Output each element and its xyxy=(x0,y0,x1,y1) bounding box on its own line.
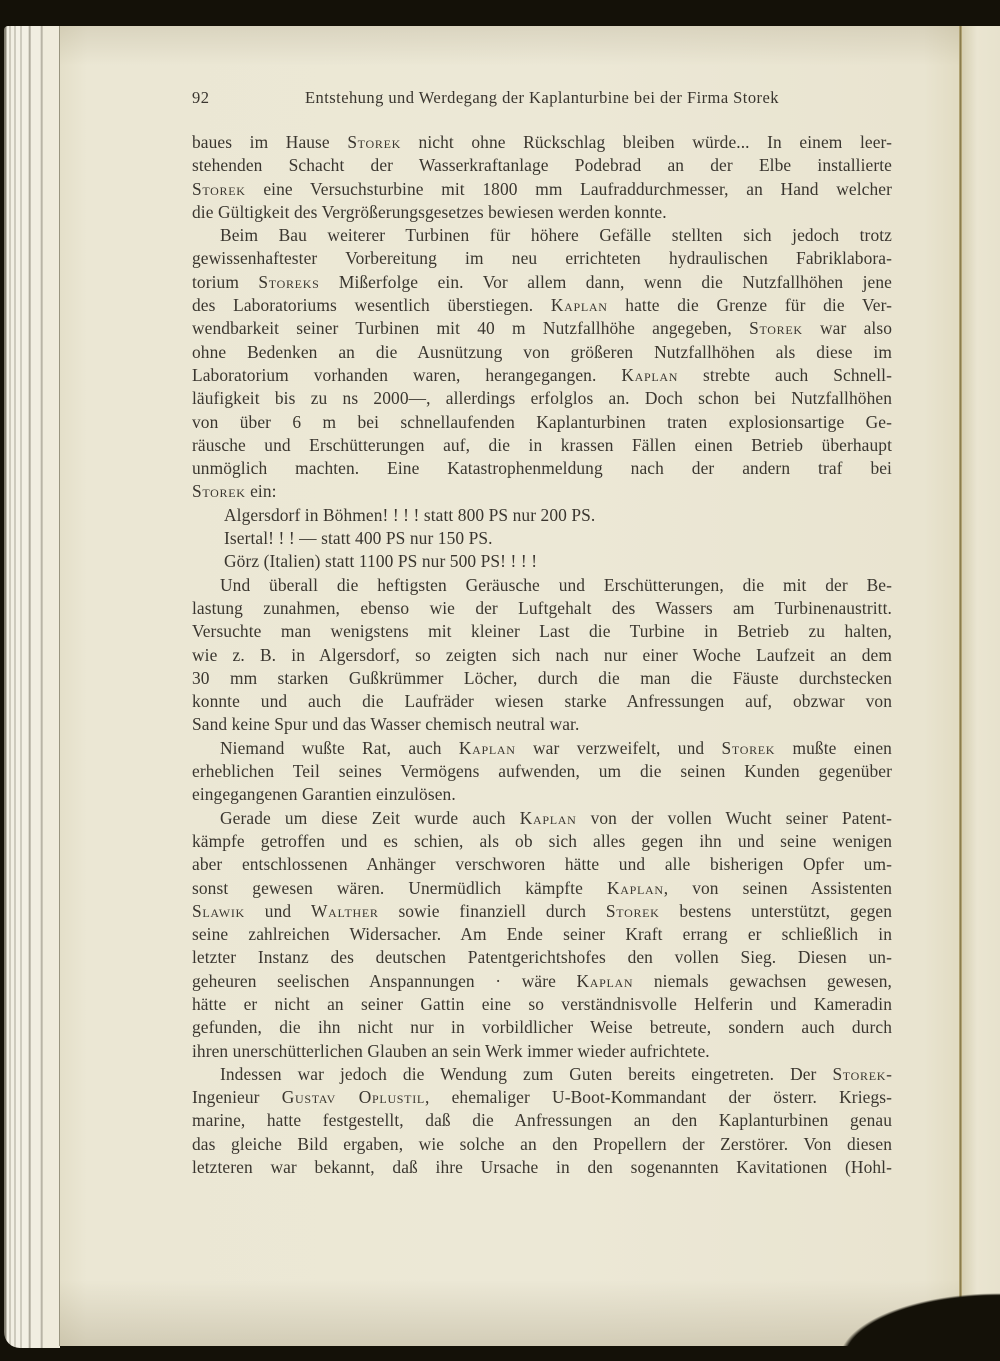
small-caps-name: Kaplan xyxy=(459,738,516,758)
text-line: läufigkeit bis zu ns 2000—, allerdings e… xyxy=(192,387,892,410)
text-line: gewissenhaftester Vorbereitung im neu er… xyxy=(192,247,892,270)
paragraph: Gerade um diese Zeit wurde auch Kaplan v… xyxy=(192,807,892,1063)
damage-report-list: Algersdorf in Böhmen! ! ! ! statt 800 PS… xyxy=(192,504,892,574)
text-line: unmöglich machten. Eine Katastrophenmeld… xyxy=(192,457,892,480)
text-line: kämpfe getroffen und es schien, als ob s… xyxy=(192,830,892,853)
text-line: geheuren seelischen Anspannungen · wäre … xyxy=(192,970,892,993)
text-line: eingegangenen Garantien einzulösen. xyxy=(192,783,892,806)
small-caps-name: Storek xyxy=(749,318,803,338)
paragraph: Beim Bau weiterer Turbinen für höhere Ge… xyxy=(192,224,892,504)
text-line: 30 mm starken Gußkrümmer Löcher, durch d… xyxy=(192,667,892,690)
paragraph: Und überall die heftigsten Geräusche und… xyxy=(192,574,892,737)
text-line: hätte er nicht an seiner Gattin eine so … xyxy=(192,993,892,1016)
text-line: letzter Instanz des deutschen Patentgeri… xyxy=(192,946,892,969)
text-line: konnte und auch die Laufräder wiesen sta… xyxy=(192,690,892,713)
small-caps-name: Kaplan xyxy=(607,878,664,898)
text-line: Laboratorium vorhanden waren, herangegan… xyxy=(192,364,892,387)
text-line: räusche und Erschütterungen auf, die in … xyxy=(192,434,892,457)
text-line: stehenden Schacht der Wasserkraftanlage … xyxy=(192,154,892,177)
small-caps-name: Storek xyxy=(722,738,776,758)
text-line: marine, hatte festgestellt, daß die Anfr… xyxy=(192,1109,892,1132)
text-line: Versuchte man wenigstens mit kleiner Las… xyxy=(192,620,892,643)
text-line: Gerade um diese Zeit wurde auch Kaplan v… xyxy=(192,807,892,830)
text-line: torium Storeks Mißerfolge ein. Vor allem… xyxy=(192,271,892,294)
text-line: ohne Bedenken an die Ausnützung von größ… xyxy=(192,341,892,364)
text-line: lastung zunahmen, ebenso wie der Luftgeh… xyxy=(192,597,892,620)
paragraph: Indessen war jedoch die Wendung zum Gute… xyxy=(192,1063,892,1179)
text-line: die Gültigkeit des Vergrößerungsgesetzes… xyxy=(192,201,892,224)
text-line: Niemand wußte Rat, auch Kaplan war verzw… xyxy=(192,737,892,760)
small-caps-name: Kaplan xyxy=(577,971,634,991)
book-scan: 92 Entstehung und Werdegang der Kaplantu… xyxy=(0,0,1000,1361)
text-line: wie z. B. in Algersdorf, so zeigten sich… xyxy=(192,644,892,667)
small-caps-name: Gustav Oplustil xyxy=(282,1087,425,1107)
text-line: letzteren war bekannt, daß ihre Ursache … xyxy=(192,1156,892,1179)
text-line: Beim Bau weiterer Turbinen für höhere Ge… xyxy=(192,224,892,247)
page-header: 92 Entstehung und Werdegang der Kaplantu… xyxy=(192,88,892,110)
text-line: gefunden, die ihn nicht nur in vorbildli… xyxy=(192,1016,892,1039)
text-line: aber entschlossenen Anhänger verschworen… xyxy=(192,853,892,876)
text-line: Sand keine Spur und das Wasser chemisch … xyxy=(192,713,892,736)
text-line: von über 6 m bei schnellaufenden Kaplant… xyxy=(192,411,892,434)
text-line: des Laboratoriums wesentlich überstiegen… xyxy=(192,294,892,317)
bottom-right-corner-shadow xyxy=(810,1281,1000,1361)
adjacent-page-edge xyxy=(962,26,1000,1346)
small-caps-name: Walther xyxy=(311,901,379,921)
small-caps-name: Storek xyxy=(347,132,401,152)
text-line: seine zahlreichen Widersacher. Am Ende s… xyxy=(192,923,892,946)
book-page: 92 Entstehung und Werdegang der Kaplantu… xyxy=(60,26,960,1346)
small-caps-name: Slawik xyxy=(192,901,245,921)
text-line: Ingenieur Gustav Oplustil, ehemaliger U-… xyxy=(192,1086,892,1109)
text-line: wendbarkeit seiner Turbinen mit 40 m Nut… xyxy=(192,317,892,340)
small-caps-name: Kaplan xyxy=(621,365,678,385)
small-caps-name: Kaplan xyxy=(551,295,608,315)
small-caps-name: Kaplan xyxy=(520,808,577,828)
text-line: Und überall die heftigsten Geräusche und… xyxy=(192,574,892,597)
text-line: Algersdorf in Böhmen! ! ! ! statt 800 PS… xyxy=(192,504,892,527)
text-line: baues im Hause Storek nicht ohne Rücksch… xyxy=(192,131,892,154)
small-caps-name: Storek xyxy=(192,179,246,199)
text-line: erheblichen Teil seines Vermögens aufwen… xyxy=(192,760,892,783)
page-number: 92 xyxy=(192,88,209,108)
text-body: baues im Hause Storek nicht ohne Rücksch… xyxy=(192,131,892,1179)
paragraph: baues im Hause Storek nicht ohne Rücksch… xyxy=(192,131,892,224)
text-line: Isertal! ! ! — statt 400 PS nur 150 PS. xyxy=(192,527,892,550)
text-line: sonst gewesen wären. Unermüdlich kämpfte… xyxy=(192,877,892,900)
text-line: Indessen war jedoch die Wendung zum Gute… xyxy=(192,1063,892,1086)
text-column: 92 Entstehung und Werdegang der Kaplantu… xyxy=(192,88,892,1179)
text-line: Slawik und Walther sowie finanziell durc… xyxy=(192,900,892,923)
paragraph: Niemand wußte Rat, auch Kaplan war verzw… xyxy=(192,737,892,807)
text-line: Storek eine Versuchsturbine mit 1800 mm … xyxy=(192,178,892,201)
small-caps-name: Storek xyxy=(606,901,660,921)
page-stack-edges xyxy=(4,26,60,1348)
small-caps-name: Storeks xyxy=(258,272,319,292)
small-caps-name: Storek xyxy=(192,481,246,501)
text-line: Storek ein: xyxy=(192,480,892,503)
text-line: ihren unerschütterlichen Glauben an sein… xyxy=(192,1040,892,1063)
text-line: das gleiche Bild ergaben, wie solche an … xyxy=(192,1133,892,1156)
small-caps-name: Storek xyxy=(832,1064,886,1084)
running-header: Entstehung und Werdegang der Kaplanturbi… xyxy=(192,88,892,108)
text-line: Görz (Italien) statt 1100 PS nur 500 PS!… xyxy=(192,550,892,573)
